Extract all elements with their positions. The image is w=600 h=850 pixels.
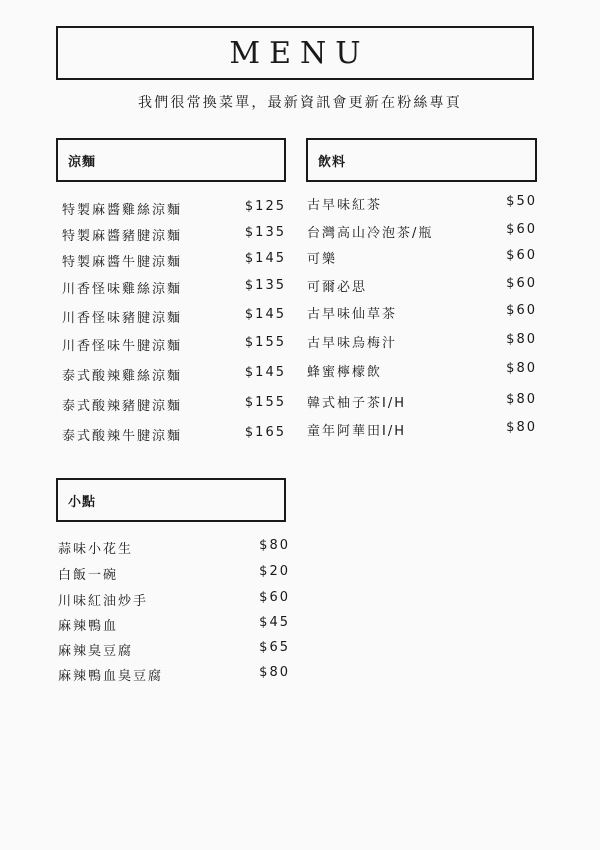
section-title: 涼麵 [68, 151, 96, 170]
menu-title-box: MENU [56, 26, 534, 80]
item-price: $65 [259, 640, 290, 659]
item-name: 麻辣臭豆腐 [58, 640, 133, 659]
menu-item: 童年阿華田I/H$80 [307, 420, 537, 439]
item-name: 台灣高山冷泡茶/瓶 [307, 222, 433, 241]
page-title: MENU [220, 36, 369, 71]
item-price: $125 [245, 199, 286, 218]
section-header-snacks: 小點 [56, 478, 286, 522]
item-price: $60 [506, 222, 537, 241]
item-name: 泰式酸辣牛腱涼麵 [62, 425, 182, 444]
menu-item: 泰式酸辣豬腱涼麵$155 [62, 395, 286, 414]
menu-item: 泰式酸辣牛腱涼麵$165 [62, 425, 286, 444]
item-name: 特製麻醬豬腱涼麵 [62, 225, 182, 244]
item-name: 可爾必思 [307, 276, 367, 295]
menu-item: 特製麻醬雞絲涼麵$125 [62, 199, 286, 218]
menu-item: 川香怪味豬腱涼麵$145 [62, 307, 286, 326]
menu-item: 川味紅油炒手$60 [58, 590, 290, 609]
item-price: $145 [245, 365, 286, 384]
page-subtitle: 我們很常換菜單，最新資訊會更新在粉絲專頁 [0, 92, 600, 112]
item-name: 蒜味小花生 [58, 538, 133, 557]
item-price: $60 [259, 590, 290, 609]
item-name: 川香怪味雞絲涼麵 [62, 278, 182, 297]
item-name: 川味紅油炒手 [58, 590, 148, 609]
item-price: $145 [245, 251, 286, 270]
item-price: $145 [245, 307, 286, 326]
menu-item: 可樂$60 [307, 248, 537, 267]
item-price: $50 [506, 194, 537, 213]
item-name: 川香怪味豬腱涼麵 [62, 307, 182, 326]
menu-item: 蒜味小花生$80 [58, 538, 290, 557]
item-name: 古早味仙草茶 [307, 303, 397, 322]
item-name: 泰式酸辣雞絲涼麵 [62, 365, 182, 384]
item-price: $80 [259, 538, 290, 557]
menu-item: 泰式酸辣雞絲涼麵$145 [62, 365, 286, 384]
menu-item: 蜂蜜檸檬飲$80 [307, 361, 537, 380]
item-price: $80 [506, 392, 537, 411]
item-price: $60 [506, 248, 537, 267]
item-price: $135 [245, 278, 286, 297]
menu-item: 麻辣臭豆腐$65 [58, 640, 290, 659]
item-name: 特製麻醬雞絲涼麵 [62, 199, 182, 218]
item-name: 可樂 [307, 248, 337, 267]
item-price: $80 [506, 361, 537, 380]
menu-item: 白飯一碗$20 [58, 564, 290, 583]
item-name: 白飯一碗 [58, 564, 118, 583]
menu-item: 韓式柚子茶I/H$80 [307, 392, 537, 411]
section-title: 飲料 [318, 151, 346, 170]
section-title: 小點 [68, 491, 96, 510]
item-name: 麻辣鴨血 [58, 615, 118, 634]
item-price: $155 [245, 335, 286, 354]
item-name: 特製麻醬牛腱涼麵 [62, 251, 182, 270]
item-price: $80 [259, 665, 290, 684]
menu-item: 特製麻醬豬腱涼麵$135 [62, 225, 286, 244]
item-price: $80 [506, 332, 537, 351]
menu-item: 古早味紅茶$50 [307, 194, 537, 213]
item-price: $135 [245, 225, 286, 244]
menu-item: 特製麻醬牛腱涼麵$145 [62, 251, 286, 270]
item-price: $20 [259, 564, 290, 583]
menu-item: 麻辣鴨血$45 [58, 615, 290, 634]
item-name: 古早味烏梅汁 [307, 332, 397, 351]
menu-item: 古早味烏梅汁$80 [307, 332, 537, 351]
item-price: $60 [506, 303, 537, 322]
item-price: $155 [245, 395, 286, 414]
item-name: 麻辣鴨血臭豆腐 [58, 665, 163, 684]
item-price: $45 [259, 615, 290, 634]
menu-item: 川香怪味雞絲涼麵$135 [62, 278, 286, 297]
item-name: 泰式酸辣豬腱涼麵 [62, 395, 182, 414]
item-name: 韓式柚子茶I/H [307, 392, 406, 411]
item-price: $60 [506, 276, 537, 295]
item-name: 川香怪味牛腱涼麵 [62, 335, 182, 354]
section-header-cold-noodles: 涼麵 [56, 138, 286, 182]
item-name: 童年阿華田I/H [307, 420, 406, 439]
item-name: 蜂蜜檸檬飲 [307, 361, 382, 380]
menu-item: 麻辣鴨血臭豆腐$80 [58, 665, 290, 684]
item-price: $165 [245, 425, 286, 444]
item-price: $80 [506, 420, 537, 439]
section-header-drinks: 飲料 [306, 138, 537, 182]
item-name: 古早味紅茶 [307, 194, 382, 213]
menu-item: 古早味仙草茶$60 [307, 303, 537, 322]
menu-item: 可爾必思$60 [307, 276, 537, 295]
menu-item: 川香怪味牛腱涼麵$155 [62, 335, 286, 354]
menu-item: 台灣高山冷泡茶/瓶$60 [307, 222, 537, 241]
